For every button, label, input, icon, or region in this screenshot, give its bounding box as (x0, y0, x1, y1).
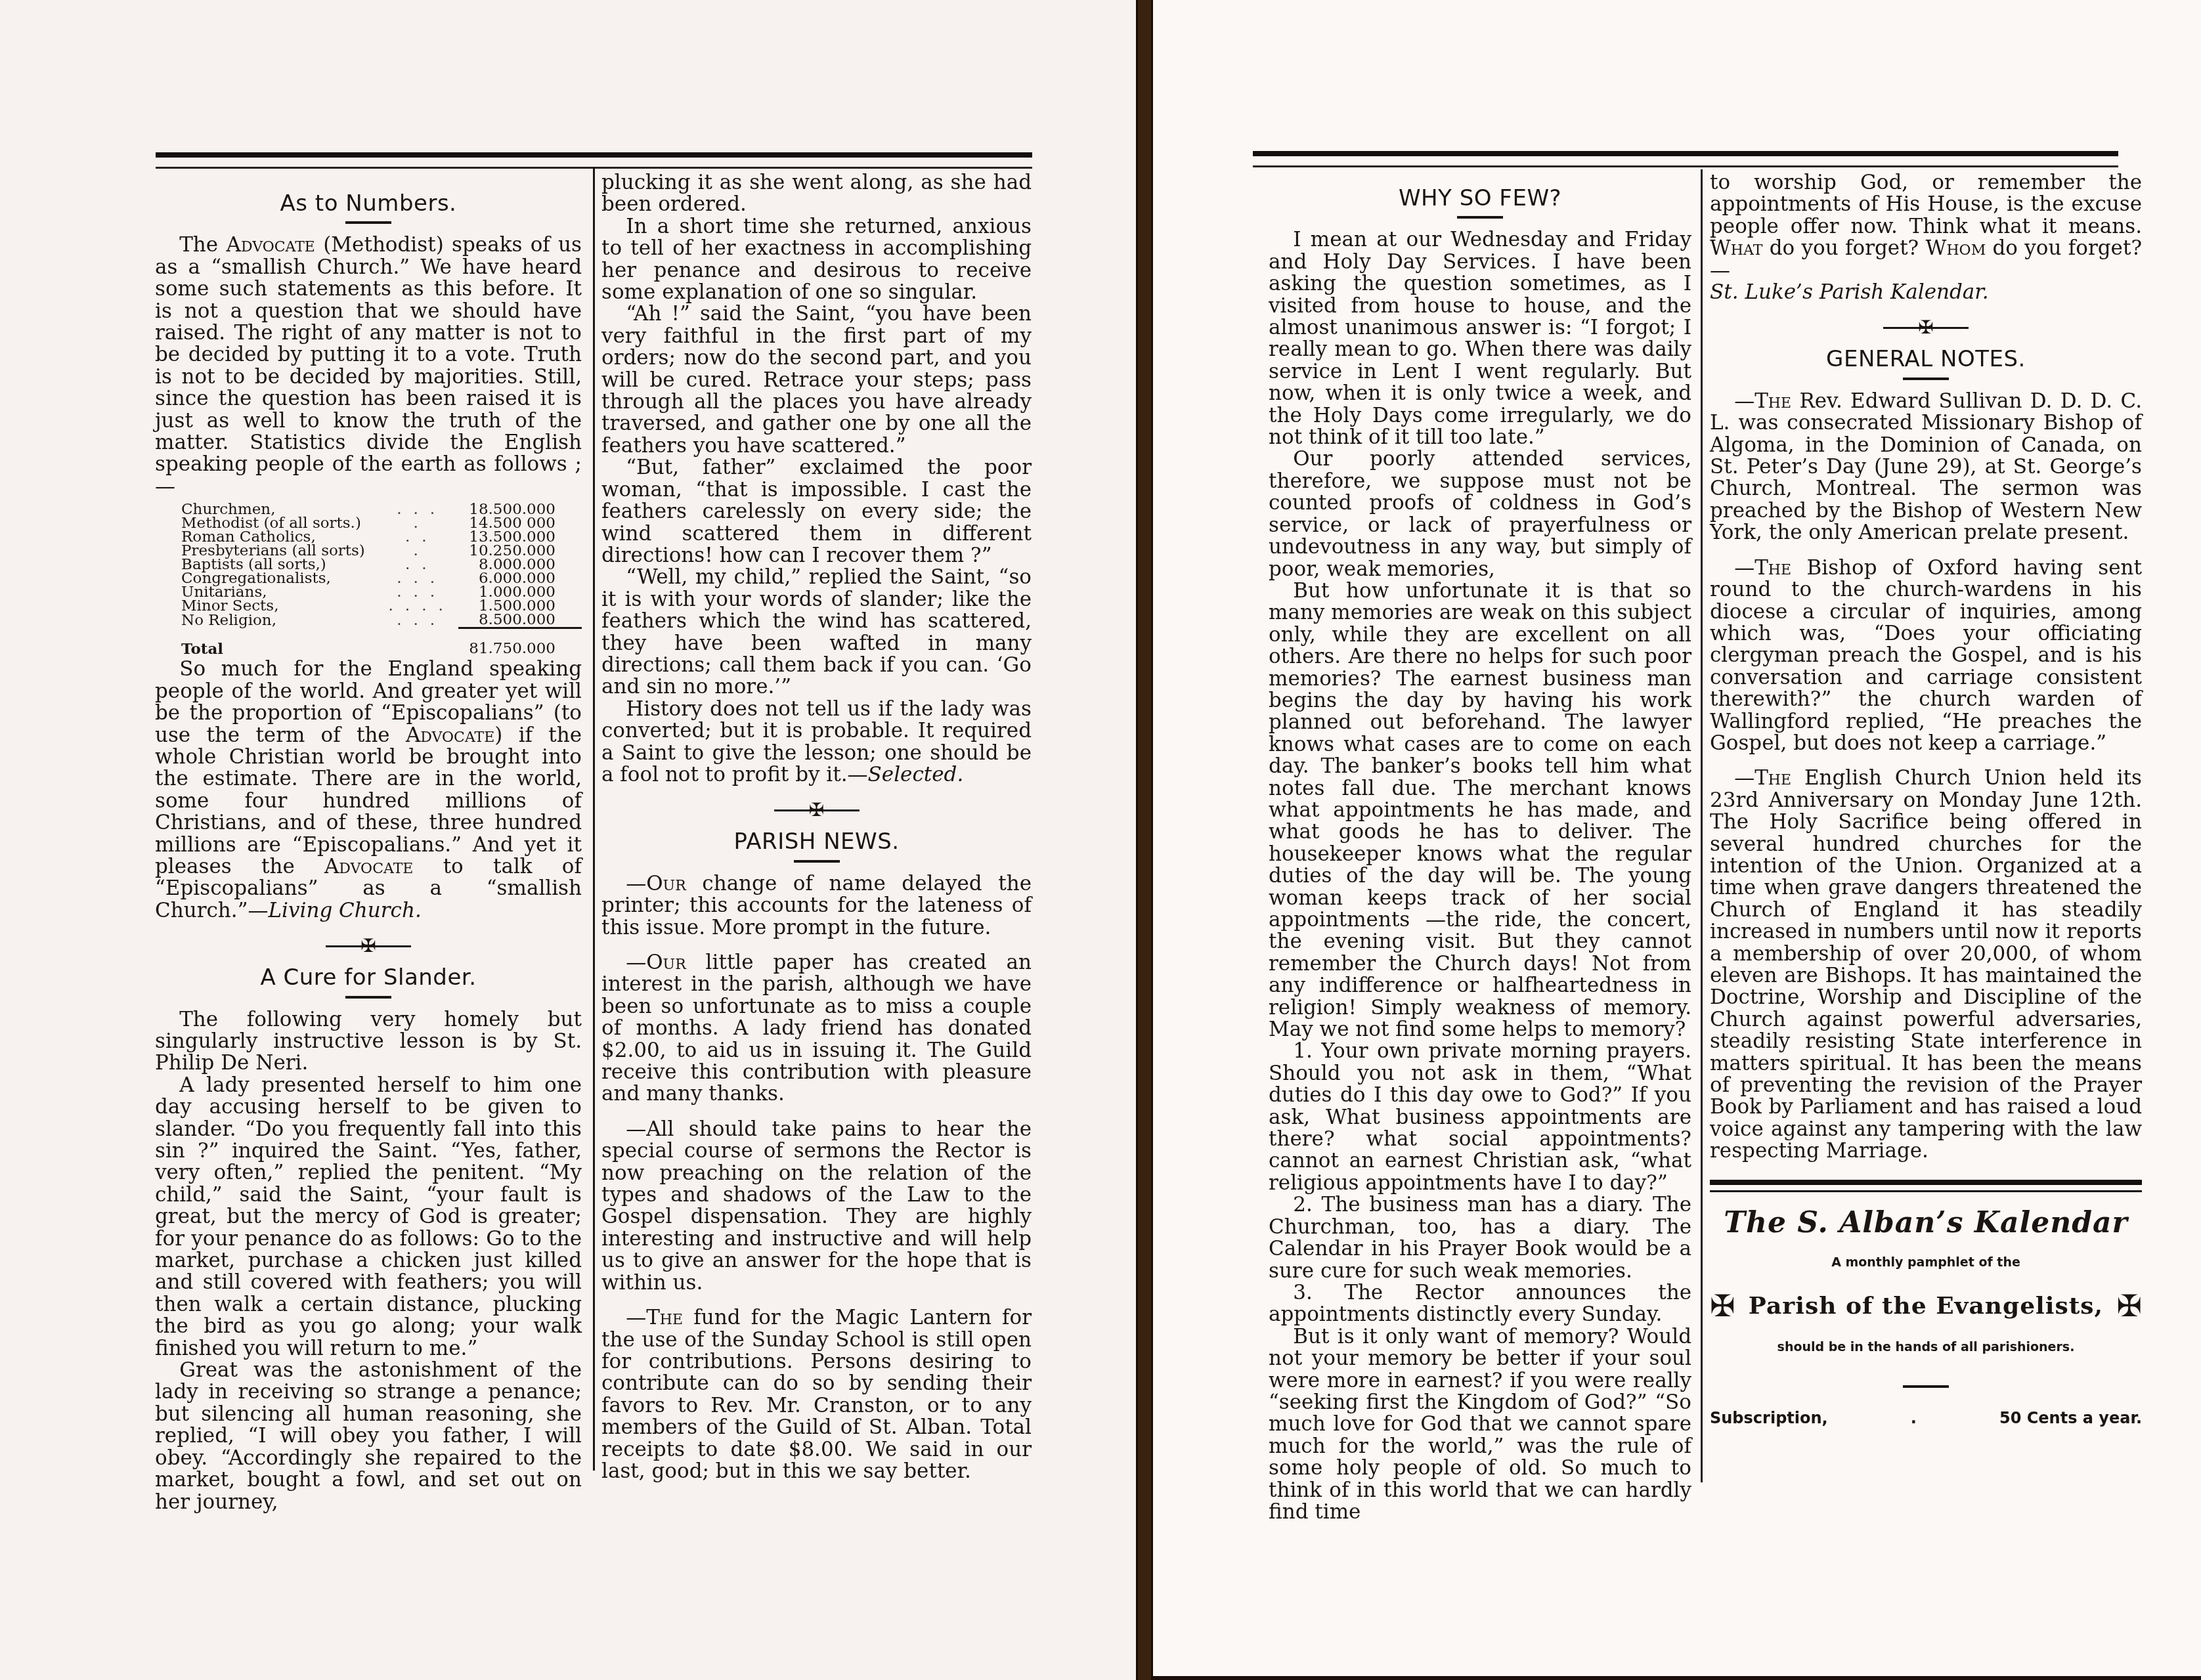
paragraph: So much for the England speaking people … (155, 658, 582, 922)
cross-icon: ✠ (809, 801, 824, 819)
column-divider-left (593, 167, 595, 1471)
paragraph: The Advocate (Methodist) speaks of us as… (155, 234, 582, 498)
paragraph: I mean at our Wednesday and Friday and H… (1269, 229, 1691, 448)
citation: Living Church. (269, 899, 422, 922)
ad-rule-thin (1710, 1190, 2142, 1192)
title-rule (1457, 216, 1503, 219)
section-parish-news: PARISH NEWS. —Our change of name delayed… (601, 831, 1032, 1482)
news-item: —All should take pains to hear the speci… (601, 1119, 1032, 1294)
cross-divider: ✠ (1883, 327, 1969, 329)
section-general-notes: GENERAL NOTES. —The Rev. Edward Sullivan… (1710, 349, 2142, 1162)
subscription-price: 50 Cents a year. (1999, 1408, 2142, 1429)
kalendar-advertisement: The S. Alban’s Kalendar A monthly pamphl… (1710, 1180, 2142, 1430)
table-row: No Religion,...8.500.000 (155, 613, 582, 628)
maltese-cross-icon: ✠ (1710, 1291, 1735, 1321)
ad-subscription: Subscription, . 50 Cents a year. (1710, 1408, 2142, 1429)
maltese-cross-icon: ✠ (2116, 1291, 2142, 1321)
ad-parish-name: Parish of the Evangelists, (1749, 1295, 2103, 1317)
paragraph: Our poorly attended services, therefore,… (1269, 448, 1691, 580)
right-page: WHY SO FEW? I mean at our Wednesday and … (1153, 0, 2201, 1680)
article-cure-for-slander: A Cure for Slander. The following very h… (155, 967, 582, 1513)
top-rule-right (1253, 151, 2118, 163)
article-why-so-few: WHY SO FEW? I mean at our Wednesday and … (1269, 188, 1691, 1523)
news-item: —Our little paper has created an interes… (601, 952, 1032, 1106)
title-rule (794, 860, 840, 863)
subscription-separator: . (1900, 1408, 1927, 1429)
note-item: —The English Church Union held its 23rd … (1710, 767, 2142, 1162)
right-column-2: to worship God, or remember the appointm… (1710, 172, 2142, 1429)
news-item: —The fund for the Magic Lantern for the … (601, 1307, 1032, 1482)
title-rule (345, 221, 391, 224)
paragraph: “Well, my child,” replied the Saint, “so… (601, 567, 1032, 698)
right-column-1: WHY SO FEW? I mean at our Wednesday and … (1269, 176, 1691, 1523)
ad-rule-thick (1710, 1180, 2142, 1185)
paragraph: “Ah !” said the Saint, “you have been ve… (601, 303, 1032, 457)
paragraph: to worship God, or remember the appointm… (1710, 172, 2142, 303)
paragraph: The following very homely but singularly… (155, 1009, 582, 1075)
statistics-table: Churchmen,...18.500.000 Methodist (of al… (155, 503, 582, 656)
citation: Selected. (868, 763, 964, 786)
citation: St. Luke’s Parish Kalendar. (1710, 280, 1989, 304)
cross-icon: ✠ (360, 937, 376, 955)
title-rule (345, 996, 391, 999)
top-rule-left (156, 152, 1032, 164)
paragraph: But how unfortunate it is that so many m… (1269, 580, 1691, 1041)
paragraph: 2. The business man has a diary. The Chu… (1269, 1194, 1691, 1282)
ad-parish-line: ✠ Parish of the Evangelists, ✠ (1710, 1291, 2142, 1321)
left-column-2: plucking it as she went along, as she ha… (601, 172, 1032, 1482)
cross-divider: ✠ (774, 809, 860, 811)
ad-subtitle: A monthly pamphlet of the (1710, 1252, 2142, 1274)
article-title: A Cure for Slander. (155, 967, 582, 989)
paragraph: In a short time she returned, anxious to… (601, 216, 1032, 304)
table-total-row: Total81.750.000 (155, 628, 582, 657)
title-rule (1903, 377, 1949, 380)
ad-title: The S. Alban’s Kalendar (1710, 1212, 2142, 1234)
note-item: —The Bishop of Oxford having sent round … (1710, 557, 2142, 755)
subscription-label: Subscription, (1710, 1408, 1828, 1429)
paragraph: A lady presented herself to him one day … (155, 1075, 582, 1360)
page-spine (1136, 0, 1153, 1680)
section-title: GENERAL NOTES. (1710, 349, 2142, 370)
paragraph: “But, father” exclaimed the poor woman, … (601, 457, 1032, 567)
paragraph: But is it only want of memory? Would not… (1269, 1326, 1691, 1524)
column-divider-right (1701, 169, 1703, 1482)
article-title: As to Numbers. (155, 193, 582, 215)
paragraph: plucking it as she went along, as she ha… (601, 172, 1032, 216)
article-title: WHY SO FEW? (1269, 188, 1691, 209)
cross-divider: ✠ (326, 945, 411, 947)
left-column-1: As to Numbers. The Advocate (Methodist) … (155, 181, 582, 1513)
paragraph: 3. The Rector announces the appointments… (1269, 1282, 1691, 1326)
note-item: —The Rev. Edward Sullivan D. D. D. C. L.… (1710, 391, 2142, 544)
ad-note: should be in the hands of all parishione… (1710, 1337, 2142, 1358)
cross-icon: ✠ (1918, 318, 1933, 337)
section-title: PARISH NEWS. (601, 831, 1032, 853)
paragraph: 1. Your own private morning prayers. Sho… (1269, 1041, 1691, 1194)
article-as-to-numbers: As to Numbers. The Advocate (Methodist) … (155, 193, 582, 922)
paragraph: History does not tell us if the lady was… (601, 699, 1032, 786)
left-page: As to Numbers. The Advocate (Methodist) … (0, 0, 1136, 1680)
news-item: —Our change of name delayed the printer;… (601, 873, 1032, 939)
paragraph: Great was the astonishment of the lady i… (155, 1360, 582, 1513)
ad-short-rule (1903, 1385, 1949, 1388)
